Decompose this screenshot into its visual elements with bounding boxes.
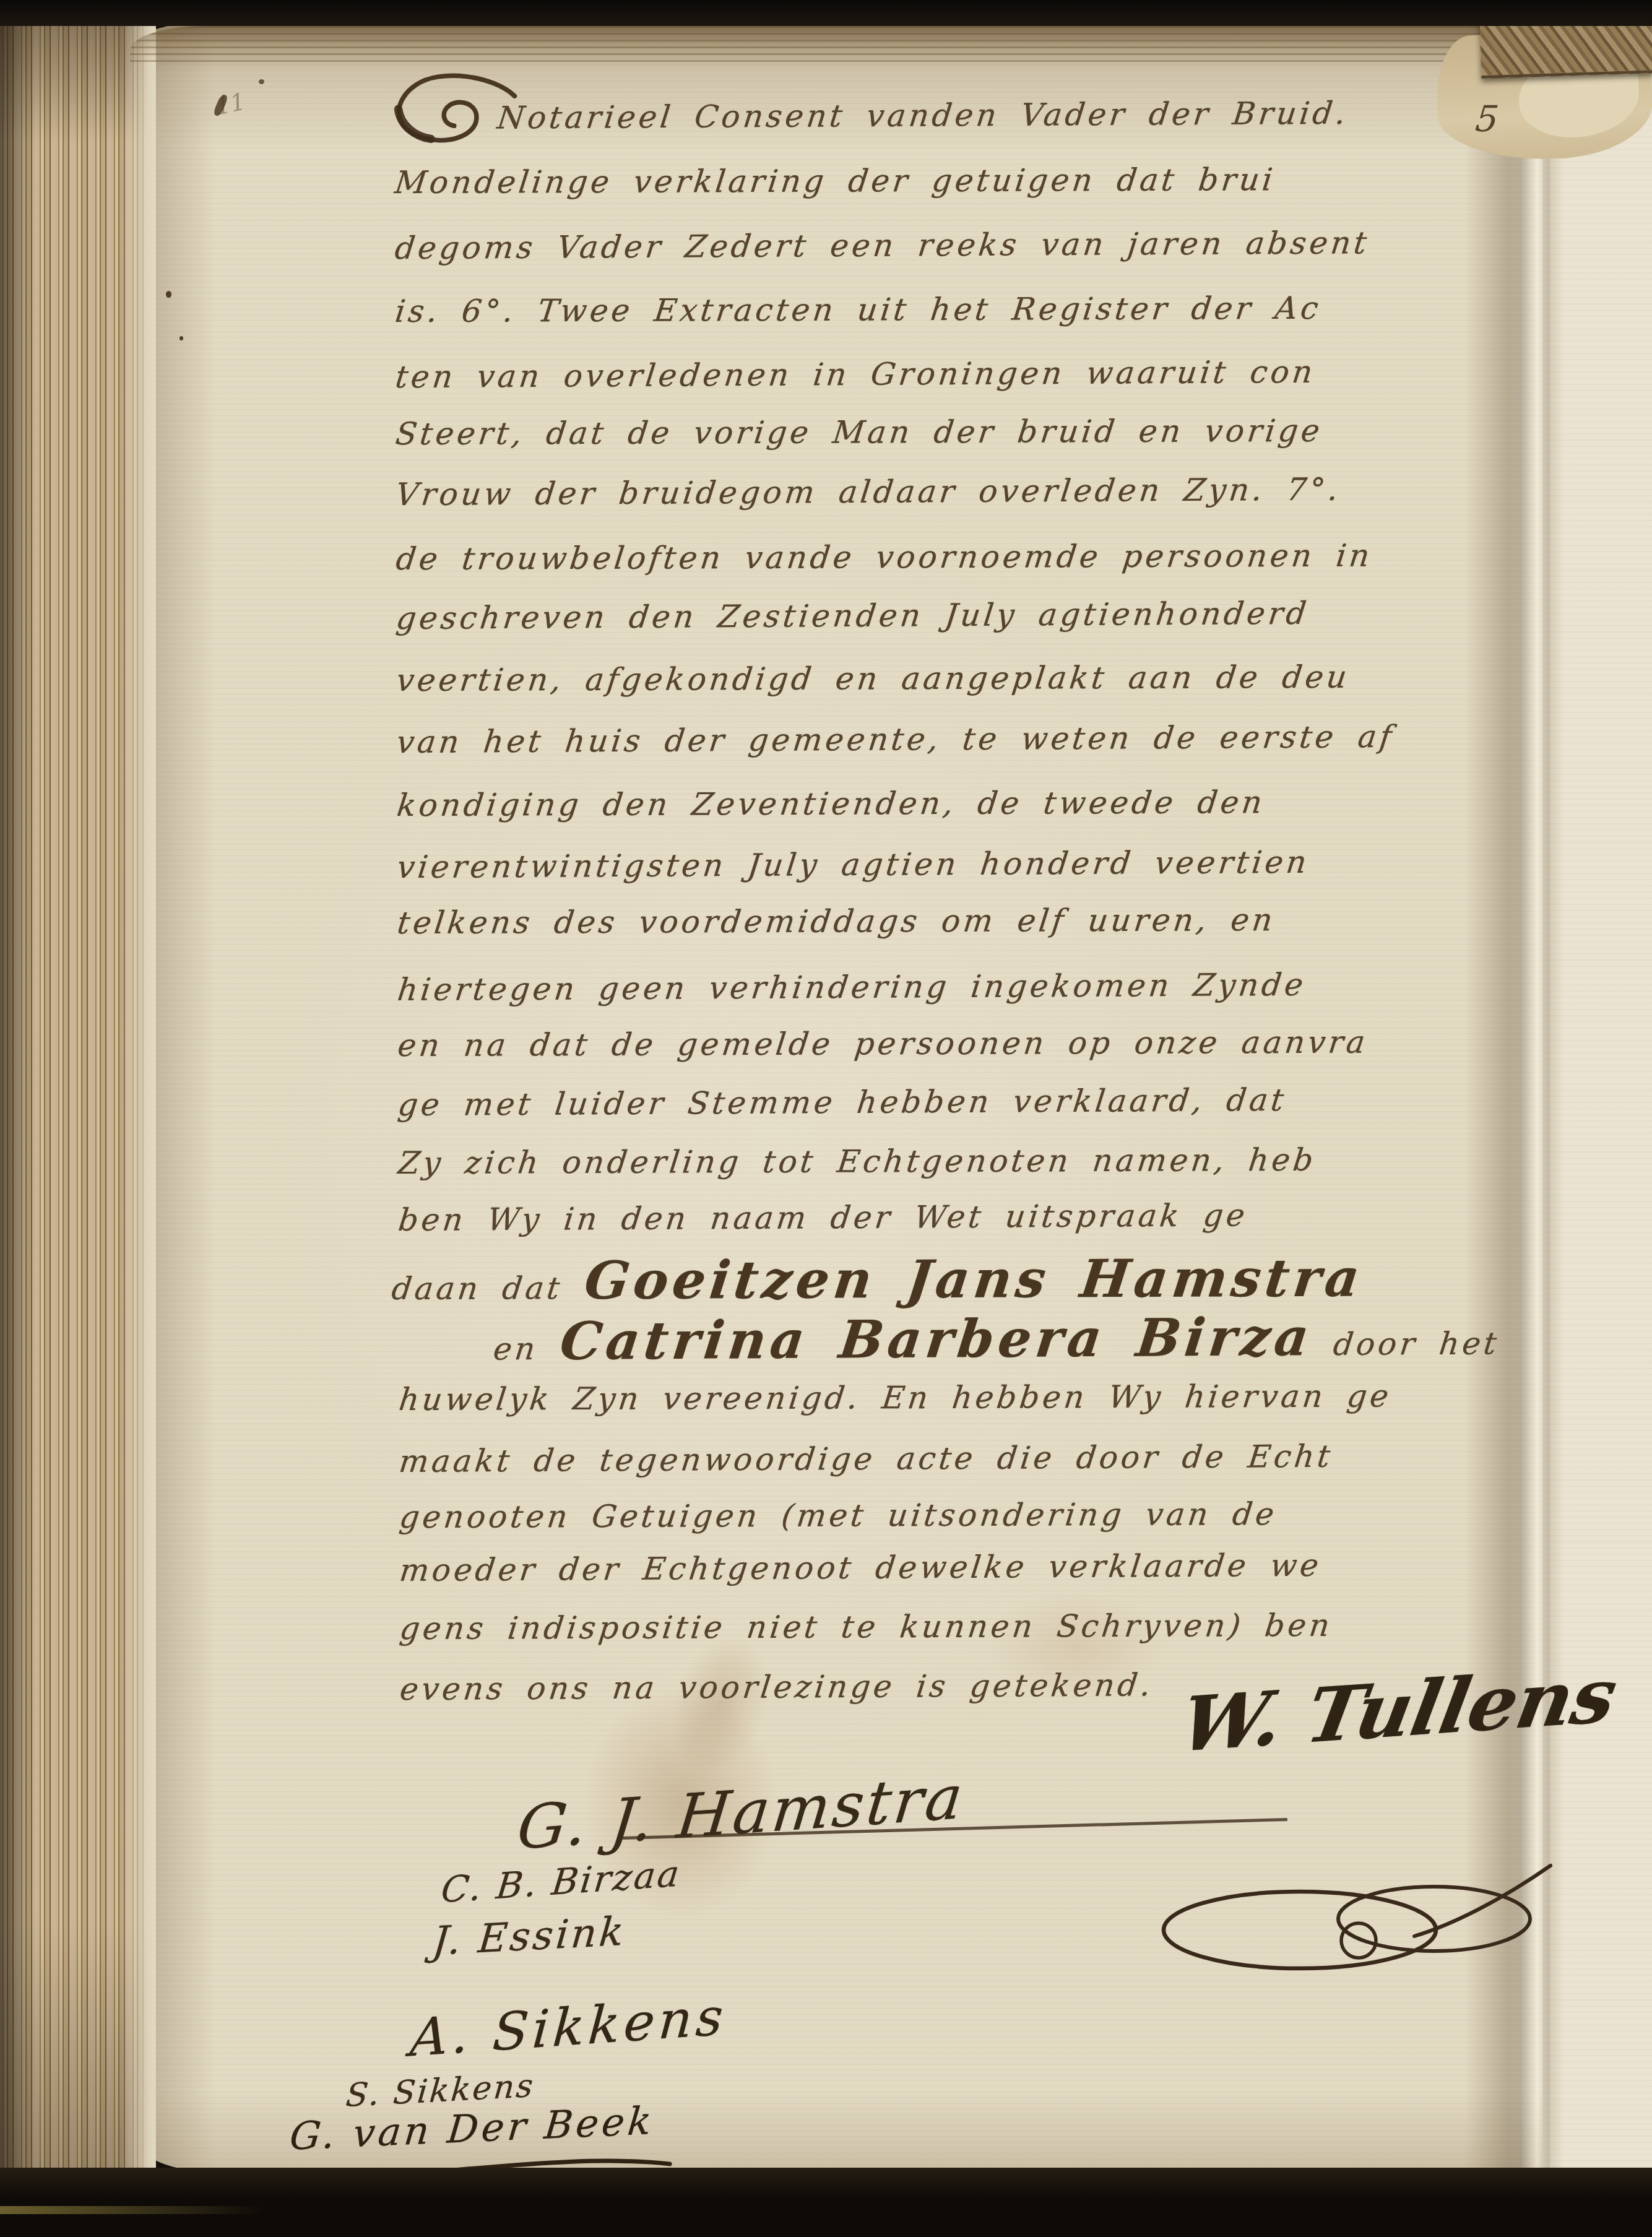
- signature-witness: A. Sikkens: [409, 1986, 729, 2068]
- scan-band-top: [0, 0, 1652, 26]
- signature-witness: C. B. Birzaa: [439, 1853, 683, 1911]
- signature-groom: G. J. Hamstra: [514, 1762, 968, 1864]
- manuscript-scan: 11 5 Notarieel Consent vanden Vader der …: [0, 0, 1652, 2237]
- signature-witness: J. Essink: [431, 1909, 628, 1965]
- scan-band-bottom: [0, 2168, 1652, 2237]
- signature-flourish: [1154, 1857, 1588, 1981]
- signature-block: W. Tullens G. J. Hamstra C. B. Birzaa J.…: [0, 0, 1652, 2237]
- binding-glint: [0, 2206, 266, 2214]
- signature-official: W. Tullens: [1174, 1650, 1623, 1769]
